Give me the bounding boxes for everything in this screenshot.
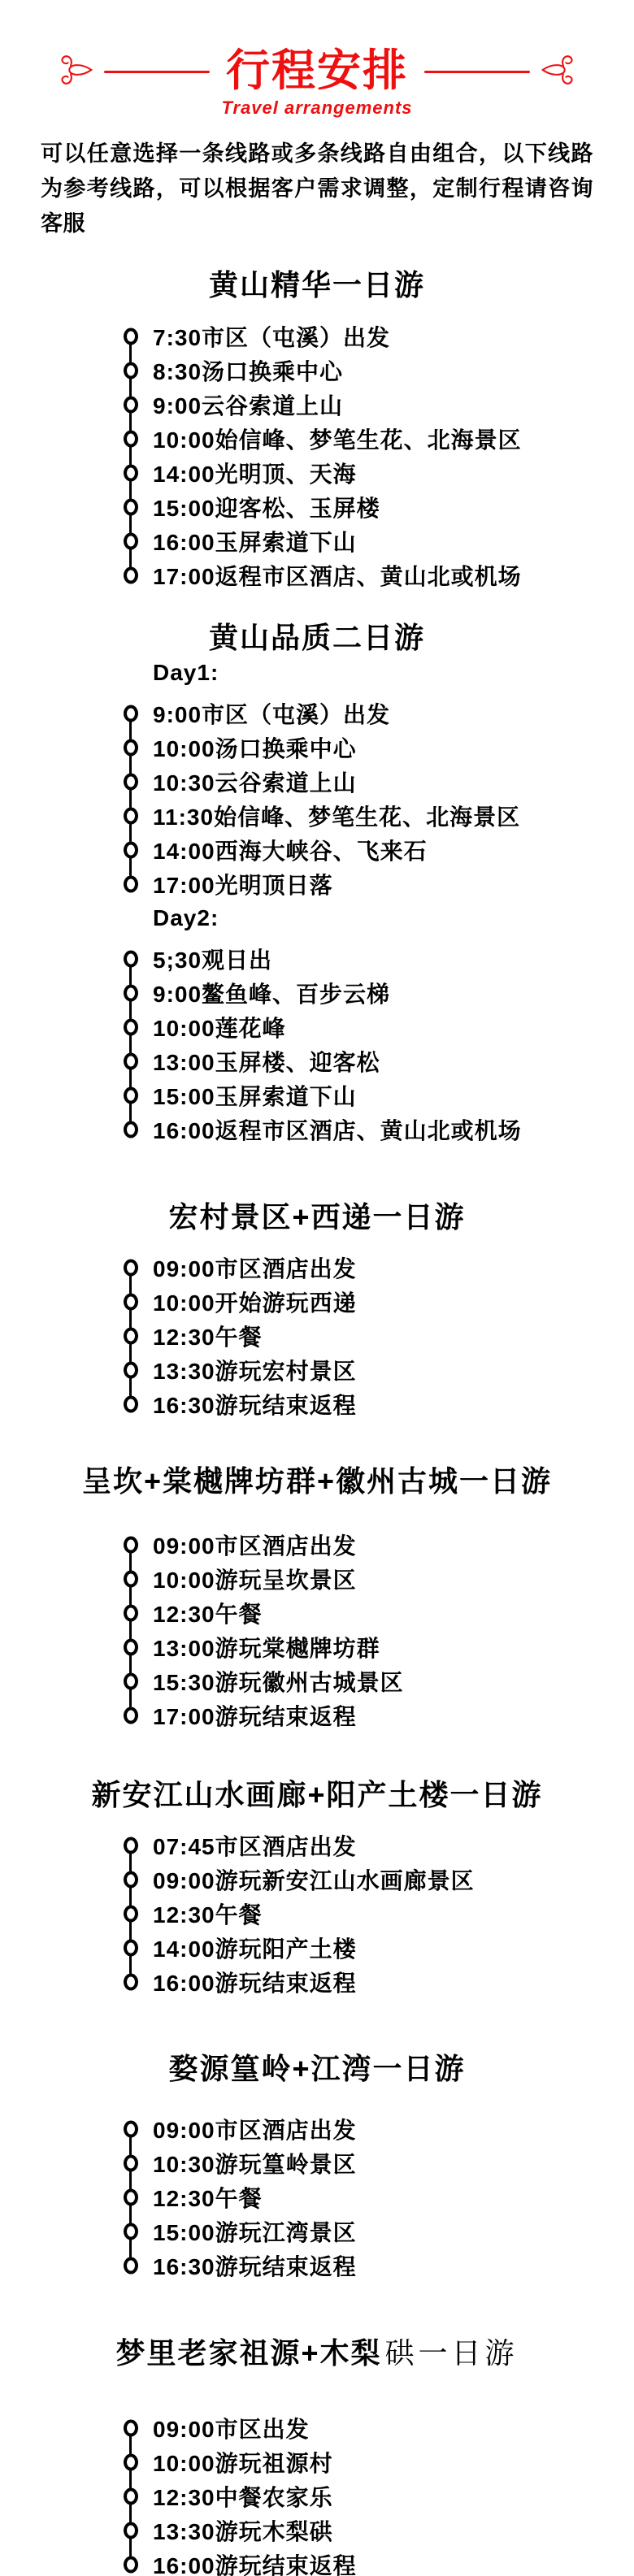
timeline-item: 15:00玉屏索道下山 <box>124 1078 634 1112</box>
timeline-group: 09:00市区出发10:00游玩祖源村12:30中餐农家乐13:30游玩木梨硔1… <box>0 2411 634 2576</box>
timeline-item: 10:00始信峰、梦笔生花、北海景区 <box>124 422 634 456</box>
timeline-item: 09:00市区出发 <box>124 2411 634 2445</box>
itinerary-section: 呈坎+棠樾牌坊群+徽州古城一日游09:00市区酒店出发10:00游玩呈坎景区12… <box>0 1464 634 1733</box>
timeline-item-label: 9:00市区（屯溪）出发 <box>153 697 390 730</box>
timeline-item: 12:30午餐 <box>124 1319 634 1353</box>
timeline-dot-icon <box>124 951 138 968</box>
timeline-item-label: 09:00市区酒店出发 <box>153 2113 357 2145</box>
timeline-dot-icon <box>124 362 138 379</box>
timeline-item-label: 8:30汤口换乘中心 <box>153 354 343 387</box>
timeline: 7:30市区（屯溪）出发8:30汤口换乘中心9:00云谷索道上山10:00始信峰… <box>124 319 634 592</box>
decorative-line <box>104 71 210 73</box>
section-title-light-part: 硔一日游 <box>382 2336 519 2370</box>
timeline-dot-icon <box>124 2223 138 2240</box>
timeline-dot-icon <box>124 1260 138 1277</box>
timeline-item: 09:00游玩新安江山水画廊景区 <box>124 1863 634 1897</box>
intro-text: 可以任意选择一条线路或多条线路自由组合，以下线路为参考线路，可以根据客户需求调整… <box>41 137 593 241</box>
timeline-item-label: 10:00游玩祖源村 <box>153 2446 333 2478</box>
timeline-item: 10:00汤口换乘中心 <box>124 731 634 765</box>
timeline-dot-icon <box>124 328 138 345</box>
title-block: 行程安排 Travel arrangements <box>221 49 412 119</box>
day-label: Day2: <box>153 901 634 935</box>
timeline-item-label: 13:30游玩木梨硔 <box>153 2514 333 2547</box>
timeline-dot-icon <box>124 876 138 893</box>
flourish-icon <box>541 54 574 90</box>
timeline-item-label: 13:30游玩宏村景区 <box>153 1354 357 1386</box>
timeline-dot-icon <box>124 842 138 859</box>
timeline-dot-icon <box>124 2488 138 2505</box>
timeline-item: 17:00光明顶日落 <box>124 867 634 901</box>
timeline-item: 16:00游玩结束返程 <box>124 2548 634 2576</box>
timeline-item-label: 10:30云谷索道上山 <box>153 765 357 798</box>
section-title-part: 黄山精华一日游 <box>209 268 425 301</box>
itinerary-sections: 黄山精华一日游7:30市区（屯溪）出发8:30汤口换乘中心9:00云谷索道上山1… <box>0 267 634 2576</box>
timeline-item: 13:30游玩宏村景区 <box>124 1353 634 1387</box>
timeline-item-label: 12:30午餐 <box>153 1597 263 1629</box>
timeline-dot-icon <box>124 1294 138 1311</box>
itinerary-section: 新安江山水画廊+阳产土楼一日游07:45市区酒店出发09:00游玩新安江山水画廊… <box>0 1777 634 1999</box>
timeline-dot-icon <box>124 1396 138 1413</box>
timeline-item: 15:00迎客松、玉屏楼 <box>124 490 634 524</box>
timeline-item-label: 14:00西海大峡谷、飞来石 <box>153 834 428 866</box>
timeline-dot-icon <box>124 1871 138 1889</box>
timeline-group: Day2:5;30观日出9:00鳌鱼峰、百步云梯10:00莲花峰13:00玉屏楼… <box>0 901 634 1147</box>
timeline-item: 09:00市区酒店出发 <box>124 2112 634 2146</box>
timeline-dot-icon <box>124 1053 138 1070</box>
timeline-dot-icon <box>124 1328 138 1345</box>
timeline-item: 16:00玉屏索道下山 <box>124 524 634 558</box>
timeline-item: 16:00游玩结束返程 <box>124 1965 634 1999</box>
timeline-item: 5;30观日出 <box>124 942 634 976</box>
timeline-group: 07:45市区酒店出发09:00游玩新安江山水画廊景区12:30午餐14:00游… <box>0 1828 634 1999</box>
timeline-item-label: 13:00游玩棠樾牌坊群 <box>153 1631 380 1663</box>
section-title: 婺源篁岭+江湾一日游 <box>0 2051 634 2087</box>
timeline-dot-icon <box>124 499 138 516</box>
timeline-dot-icon <box>124 739 138 757</box>
section-title: 新安江山水画廊+阳产土楼一日游 <box>0 1777 634 1813</box>
section-title: 呈坎+棠樾牌坊群+徽州古城一日游 <box>0 1464 634 1499</box>
flourish-icon <box>60 54 93 90</box>
timeline: 09:00市区酒店出发10:00开始游玩西递12:30午餐13:30游玩宏村景区… <box>124 1251 634 1421</box>
timeline-dot-icon <box>124 2121 138 2138</box>
timeline-item: 09:00市区酒店出发 <box>124 1528 634 1562</box>
timeline-item: 12:30午餐 <box>124 2180 634 2214</box>
timeline: 09:00市区酒店出发10:30游玩篁岭景区12:30午餐15:00游玩江湾景区… <box>124 2112 634 2283</box>
timeline-item: 14:00西海大峡谷、飞来石 <box>124 833 634 867</box>
timeline-item-label: 11:30始信峰、梦笔生花、北海景区 <box>153 800 520 832</box>
day-label: Day1: <box>153 656 634 690</box>
timeline-item-label: 17:00返程市区酒店、黄山北或机场 <box>153 559 522 592</box>
itinerary-section: 梦里老家祖源+木梨硔一日游09:00市区出发10:00游玩祖源村12:30中餐农… <box>0 2335 634 2576</box>
timeline-item: 7:30市区（屯溪）出发 <box>124 319 634 353</box>
timeline-item: 10:00莲花峰 <box>124 1010 634 1044</box>
timeline-item-label: 16:00游玩结束返程 <box>153 2548 357 2576</box>
timeline-item: 14:00游玩阳产土楼 <box>124 1931 634 1965</box>
timeline-dot-icon <box>124 1906 138 1923</box>
timeline-item-label: 17:00光明顶日落 <box>153 868 333 900</box>
timeline-item-label: 9:00鳌鱼峰、百步云梯 <box>153 977 390 1009</box>
timeline-item-label: 12:30中餐农家乐 <box>153 2480 333 2513</box>
timeline-item-label: 14:00光明顶、天海 <box>153 457 357 489</box>
section-title-part: 新安江山水画廊+阳产土楼一日游 <box>91 1778 542 1811</box>
timeline-item-label: 12:30午餐 <box>153 1320 263 1352</box>
timeline-dot-icon <box>124 1121 138 1138</box>
timeline: 09:00市区出发10:00游玩祖源村12:30中餐农家乐13:30游玩木梨硔1… <box>124 2411 634 2576</box>
timeline-item: 17:00返程市区酒店、黄山北或机场 <box>124 558 634 592</box>
timeline-item-label: 15:00迎客松、玉屏楼 <box>153 491 380 523</box>
timeline-item-label: 09:00市区酒店出发 <box>153 1529 357 1561</box>
timeline-item: 17:00游玩结束返程 <box>124 1698 634 1733</box>
timeline-dot-icon <box>124 1537 138 1554</box>
decorative-line <box>424 71 530 73</box>
timeline-dot-icon <box>124 1019 138 1036</box>
timeline-item: 15:00游玩江湾景区 <box>124 2214 634 2249</box>
timeline-item-label: 16:00玉屏索道下山 <box>153 525 357 557</box>
timeline-dot-icon <box>124 1974 138 1991</box>
timeline-item: 07:45市区酒店出发 <box>124 1828 634 1863</box>
page-header: 行程安排 Travel arrangements <box>0 0 634 119</box>
timeline: 9:00市区（屯溪）出发10:00汤口换乘中心10:30云谷索道上山11:30始… <box>124 696 634 901</box>
timeline-item-label: 10:00始信峰、梦笔生花、北海景区 <box>153 423 522 455</box>
section-title: 黄山精华一日游 <box>0 267 634 303</box>
itinerary-section: 黄山精华一日游7:30市区（屯溪）出发8:30汤口换乘中心9:00云谷索道上山1… <box>0 267 634 592</box>
timeline-dot-icon <box>124 2556 138 2574</box>
section-title-part: 婺源篁岭+江湾一日游 <box>168 2052 465 2085</box>
timeline-group: 09:00市区酒店出发10:00游玩呈坎景区12:30午餐13:00游玩棠樾牌坊… <box>0 1528 634 1733</box>
timeline: 5;30观日出9:00鳌鱼峰、百步云梯10:00莲花峰13:00玉屏楼、迎客松1… <box>124 942 634 1147</box>
timeline-item: 10:00开始游玩西递 <box>124 1285 634 1319</box>
timeline-item: 11:30始信峰、梦笔生花、北海景区 <box>124 799 634 833</box>
timeline-item: 15:30游玩徽州古城景区 <box>124 1664 634 1698</box>
timeline-item-label: 17:00游玩结束返程 <box>153 1699 357 1732</box>
timeline-dot-icon <box>124 533 138 550</box>
timeline-item-label: 16:30游玩结束返程 <box>153 2249 357 2282</box>
timeline-dot-icon <box>124 705 138 722</box>
timeline-item: 13:00玉屏楼、迎客松 <box>124 1044 634 1078</box>
timeline-item-label: 10:00开始游玩西递 <box>153 1286 357 1318</box>
timeline-dot-icon <box>124 1837 138 1854</box>
timeline-dot-icon <box>124 1362 138 1379</box>
timeline-item: 12:30午餐 <box>124 1897 634 1931</box>
itinerary-section: 黄山品质二日游Day1:9:00市区（屯溪）出发10:00汤口换乘中心10:30… <box>0 620 634 1147</box>
section-title: 黄山品质二日游 <box>0 620 634 656</box>
section-title: 梦里老家祖源+木梨硔一日游 <box>0 2335 634 2371</box>
page-title: 行程安排 <box>221 49 412 93</box>
timeline-item-label: 15:00游玩江湾景区 <box>153 2215 357 2248</box>
timeline-item-label: 10:30游玩篁岭景区 <box>153 2147 357 2179</box>
timeline-item-label: 09:00市区酒店出发 <box>153 1251 357 1284</box>
timeline-item: 10:00游玩祖源村 <box>124 2445 634 2479</box>
timeline-item: 12:30中餐农家乐 <box>124 2479 634 2513</box>
timeline-item: 10:00游玩呈坎景区 <box>124 1562 634 1596</box>
timeline-dot-icon <box>124 985 138 1002</box>
timeline-dot-icon <box>124 567 138 584</box>
timeline-item: 9:00鳌鱼峰、百步云梯 <box>124 976 634 1010</box>
timeline-item: 09:00市区酒店出发 <box>124 1251 634 1285</box>
timeline-item-label: 10:00汤口换乘中心 <box>153 731 357 764</box>
timeline-dot-icon <box>124 1087 138 1104</box>
timeline-dot-icon <box>124 2522 138 2539</box>
page-subtitle: Travel arrangements <box>221 98 412 119</box>
timeline-item: 16:30游玩结束返程 <box>124 2249 634 2283</box>
timeline: 09:00市区酒店出发10:00游玩呈坎景区12:30午餐13:00游玩棠樾牌坊… <box>124 1528 634 1733</box>
section-title-part: 黄山品质二日游 <box>209 621 425 654</box>
timeline-item: 16:00返程市区酒店、黄山北或机场 <box>124 1112 634 1147</box>
timeline-item-label: 16:30游玩结束返程 <box>153 1388 357 1420</box>
timeline: 07:45市区酒店出发09:00游玩新安江山水画廊景区12:30午餐14:00游… <box>124 1828 634 1999</box>
timeline-item: 13:00游玩棠樾牌坊群 <box>124 1630 634 1664</box>
timeline-item-label: 14:00游玩阳产土楼 <box>153 1932 357 1964</box>
timeline-dot-icon <box>124 1673 138 1690</box>
timeline-dot-icon <box>124 808 138 825</box>
timeline-item-label: 15:30游玩徽州古城景区 <box>153 1665 404 1698</box>
timeline-group: 09:00市区酒店出发10:00开始游玩西递12:30午餐13:30游玩宏村景区… <box>0 1251 634 1421</box>
timeline-group: 09:00市区酒店出发10:30游玩篁岭景区12:30午餐15:00游玩江湾景区… <box>0 2112 634 2283</box>
timeline-item-label: 09:00游玩新安江山水画廊景区 <box>153 1863 475 1896</box>
timeline-item-label: 12:30午餐 <box>153 2181 263 2214</box>
timeline-item-label: 10:00莲花峰 <box>153 1011 286 1043</box>
timeline-item-label: 9:00云谷索道上山 <box>153 388 343 421</box>
timeline-item-label: 15:00玉屏索道下山 <box>153 1079 357 1112</box>
timeline-dot-icon <box>124 2257 138 2275</box>
timeline-item-label: 10:00游玩呈坎景区 <box>153 1563 357 1595</box>
timeline-dot-icon <box>124 1639 138 1656</box>
timeline-item-label: 07:45市区酒店出发 <box>153 1829 357 1862</box>
timeline-group: 7:30市区（屯溪）出发8:30汤口换乘中心9:00云谷索道上山10:00始信峰… <box>0 319 634 592</box>
timeline-dot-icon <box>124 2189 138 2206</box>
section-title-part: 梦里老家祖源+木梨 <box>115 2336 381 2370</box>
itinerary-section: 婺源篁岭+江湾一日游09:00市区酒店出发10:30游玩篁岭景区12:30午餐1… <box>0 2051 634 2283</box>
timeline-item-label: 16:00返程市区酒店、黄山北或机场 <box>153 1113 522 1146</box>
timeline-item: 16:30游玩结束返程 <box>124 1387 634 1421</box>
timeline-dot-icon <box>124 2155 138 2172</box>
timeline-dot-icon <box>124 397 138 414</box>
itinerary-section: 宏村景区+西递一日游09:00市区酒店出发10:00开始游玩西递12:30午餐1… <box>0 1199 634 1421</box>
timeline-dot-icon <box>124 1707 138 1724</box>
timeline-item-label: 13:00玉屏楼、迎客松 <box>153 1045 380 1078</box>
section-title: 宏村景区+西递一日游 <box>0 1199 634 1235</box>
timeline-dot-icon <box>124 1571 138 1588</box>
timeline-dot-icon <box>124 431 138 448</box>
timeline-item: 8:30汤口换乘中心 <box>124 353 634 388</box>
timeline-item-label: 09:00市区出发 <box>153 2412 310 2444</box>
section-title-part: 呈坎+棠樾牌坊群+徽州古城一日游 <box>82 1464 552 1498</box>
timeline-item: 12:30午餐 <box>124 1596 634 1630</box>
timeline-item-label: 7:30市区（屯溪）出发 <box>153 320 390 353</box>
timeline-dot-icon <box>124 774 138 791</box>
timeline-dot-icon <box>124 1605 138 1622</box>
timeline-dot-icon <box>124 1940 138 1957</box>
timeline-item: 10:30云谷索道上山 <box>124 765 634 799</box>
timeline-item-label: 16:00游玩结束返程 <box>153 1966 357 1998</box>
timeline-item: 13:30游玩木梨硔 <box>124 2513 634 2548</box>
timeline-dot-icon <box>124 465 138 482</box>
timeline-item-label: 5;30观日出 <box>153 943 272 975</box>
timeline-dot-icon <box>124 2454 138 2471</box>
timeline-item: 14:00光明顶、天海 <box>124 456 634 490</box>
section-title-part: 宏村景区+西递一日游 <box>168 1200 465 1234</box>
timeline-item: 9:00云谷索道上山 <box>124 388 634 422</box>
timeline-item: 9:00市区（屯溪）出发 <box>124 696 634 731</box>
timeline-group: Day1:9:00市区（屯溪）出发10:00汤口换乘中心10:30云谷索道上山1… <box>0 656 634 901</box>
timeline-dot-icon <box>124 2420 138 2437</box>
timeline-item-label: 12:30午餐 <box>153 1897 263 1930</box>
timeline-item: 10:30游玩篁岭景区 <box>124 2146 634 2180</box>
